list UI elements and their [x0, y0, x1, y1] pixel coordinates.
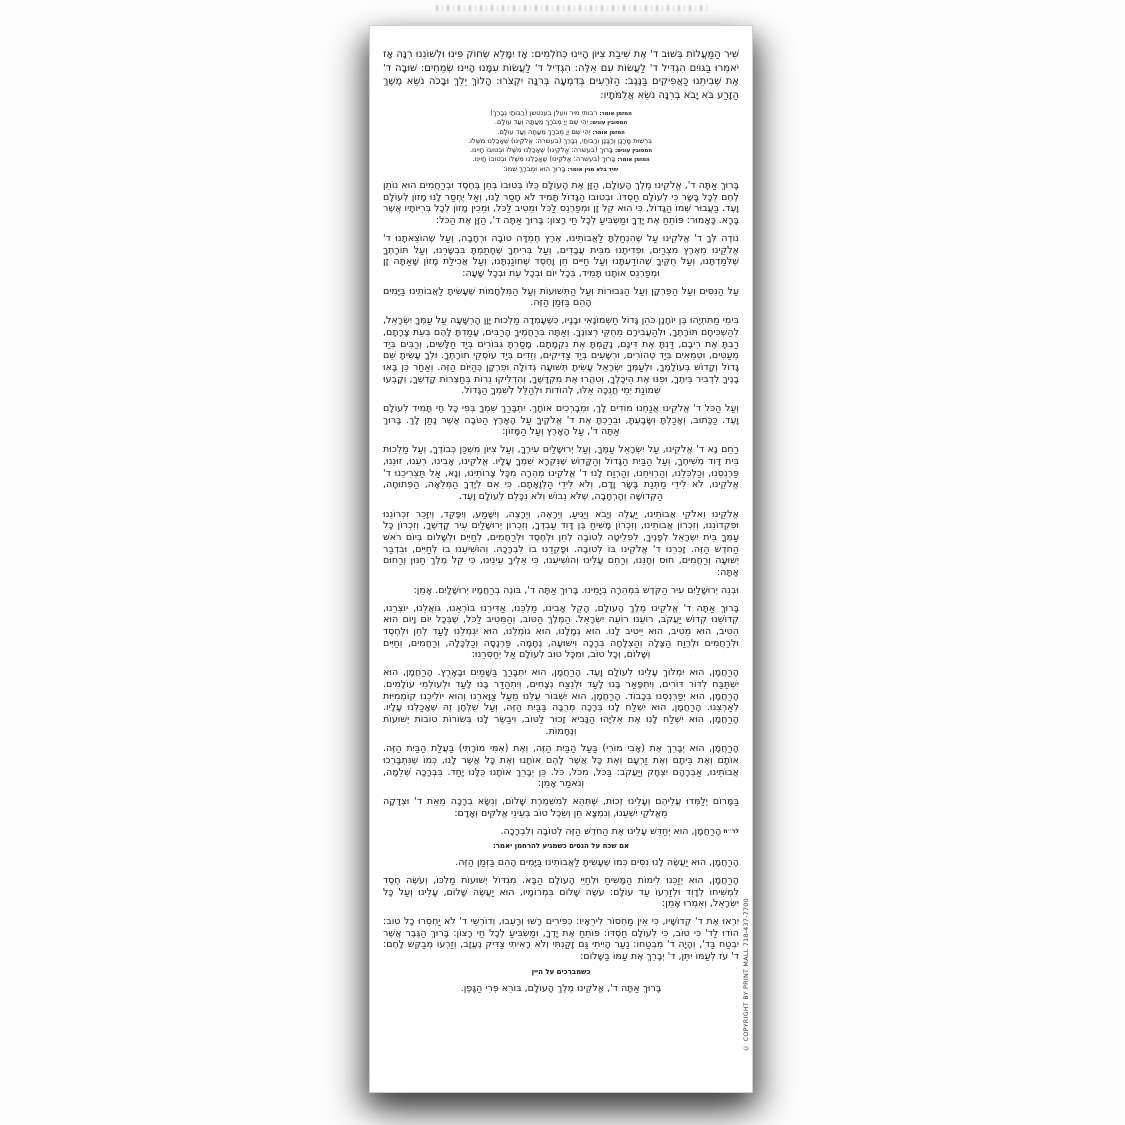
paragraph-yiru-es-hashem: יִרְאוּ אֶת ד' קְדוֹשָׁיו, כִּי אֵין מַח…: [383, 916, 739, 963]
zimun-line-text: בִּרְשׁוּת מָרָנָן וְרַבָּנָן וְרַבּוֹתַ…: [468, 137, 652, 145]
zimun-line-leader-baruch: המזמן אומר:בָּרוּךְ (בעשרה: אֱלֹקֵינוּ) …: [383, 155, 739, 164]
paragraph-shir-hamaalot: שִׁיר הַמַּעֲלוֹת בְּשׁוּב ד' אֶת שִׁיבַ…: [383, 48, 739, 102]
paragraph-harachaman-host-blessing: הָרַחֲמָן, הוּא יְבָרֵךְ אֶת (אָבִי מוֹר…: [383, 743, 739, 790]
paragraph-harachaman-nissim: הָרַחֲמָן, הוּא יַעֲשֶׂה לָנוּ נִסִּים כ…: [383, 857, 739, 869]
zimun-line-text: יְהִי שֵׁם יְיָ מְבֹרָךְ מֵעַתָּה וְעַד …: [495, 118, 588, 126]
zimun-line-leader-repeat: המזמן אומר:יְהִי שֵׁם יְיָ מְבֹרָךְ מֵעַ…: [383, 128, 739, 137]
paragraph-al-hanissim: עַל הַנִּסִּים וְעַל הַפֻּרְקָן וְעַל הַ…: [383, 286, 739, 309]
copyright-sidebar-text: © COPYRIGHT BY PRINT MALL 718-437-7700: [742, 898, 750, 1052]
paragraph-nodeh: נוֹדֶה לְּךָ ד' אֱלֹקֵינוּ עַל שֶׁהִנְחַ…: [383, 233, 739, 280]
instruction-al-hanissim-forgot: אם שכח על הנסים כשמגיע להרחמן יאמר:: [383, 842, 739, 851]
zimun-line-birshus: בִּרְשׁוּת מָרָנָן וְרַבָּנָן וְרַבּוֹתַ…: [383, 137, 739, 146]
line-harachaman-rosh-chodesh: לר״חהָרַחֲמָן, הוּא יְחַדֵּשׁ עָלֵינוּ א…: [383, 826, 739, 838]
paragraph-harachaman-yezakeinu: הָרַחֲמָן, הוּא יְזַכֵּנוּ לִימוֹת הַמָּ…: [383, 875, 739, 910]
zimun-line-individual: יחיד בלא מנין אומר:בָּרוּךְ הוּא וּמְבֹר…: [383, 165, 739, 174]
zimun-line-text: יְהִי שֵׁם יְיָ מְבֹרָךְ מֵעַתָּה וְעַד …: [497, 128, 590, 136]
page-background: { "colors": { "ink": "#161616", "paper":…: [0, 0, 1125, 1125]
cropped-text-remnant: [436, 5, 708, 11]
paragraph-veal-hakol: וְעַל הַכֹּל ד' אֱלֹקֵינוּ אֲנַחְנוּ מוֹ…: [383, 403, 739, 438]
zimun-role-label: המזמן אומר:: [592, 130, 624, 136]
zimun-line-text: בָּרוּךְ (בעשרה: אֱלֹקֵינוּ) שֶׁאָכַלְנו…: [470, 146, 613, 154]
rosh-chodesh-text: הָרַחֲמָן, הוּא יְחַדֵּשׁ עָלֵינוּ אֶת ה…: [500, 826, 721, 837]
zimun-role-label: המסובין עונים:: [615, 148, 652, 154]
zimun-role-label: יחיד בלא מנין אומר:: [568, 167, 619, 173]
paragraph-bimei-matisyahu: בִּימֵי מַתִּתְיָהוּ בֶּן יוֹחָנָן כֹּהֵ…: [383, 315, 739, 397]
paragraph-hazan: בָּרוּךְ אַתָּה ד', אֱלֹקֵינוּ מֶלֶךְ הָ…: [383, 180, 739, 227]
zimun-line-text: בָּרוּךְ (בעשרה: אֱלֹקֵינוּ) שֶׁאָכַלְנו…: [472, 155, 615, 163]
zimun-role-label: המזמן אומר:: [617, 157, 649, 163]
zimun-block: המזמן אומר:רבותי מיר וועלן בענטשן (רַבּו…: [383, 109, 739, 174]
zimun-line-text: בָּרוּךְ הוּא וּמְבֹרָךְ שְׁמוֹ:: [503, 165, 565, 173]
paragraph-hatov-vehameitiv: בָּרוּךְ אַתָּה ד' אֱלֹקֵינוּ מֶלֶךְ הָע…: [383, 603, 739, 662]
paragraph-bamarom: בַּמָּרוֹם יְלַמְּדוּ עֲלֵיהֶם וְעָלֵינו…: [383, 796, 739, 819]
paragraph-borei-pri-hagafen: בָּרוּךְ אַתָּה ד', אֱלֹקֵינוּ מֶלֶךְ הָ…: [383, 983, 739, 995]
bentcher-card: שִׁיר הַמַּעֲלוֹת בְּשׁוּב ד' אֶת שִׁיבַ…: [369, 25, 753, 1093]
zimun-role-label: המסובין עונים:: [590, 120, 627, 126]
rosh-chodesh-prefix-label: לר״ח: [723, 828, 739, 835]
zimun-role-label: המזמן אומר:: [599, 111, 631, 117]
paragraph-harachaman-series: הָרַחֲמָן, הוּא יִמְלוֹךְ עָלֵינוּ לְעוֹ…: [383, 667, 739, 737]
zimun-line-invitation: המזמן אומר:רבותי מיר וועלן בענטשן (רַבּו…: [383, 109, 739, 118]
instruction-wine-blessing: כשמברכים על היין: [383, 968, 739, 977]
zimun-line-response: המסובין עונים:יְהִי שֵׁם יְיָ מְבֹרָךְ מ…: [383, 118, 739, 127]
zimun-line-text: רבותי מיר וועלן בענטשן (רַבּוֹתַי נְבָרֵ…: [490, 109, 597, 117]
paragraph-uvneh-yerushalayim: וּבְנֵה יְרוּשָׁלַיִם עִיר הַקֹּדֶשׁ בִּ…: [383, 585, 739, 597]
zimun-line-response-baruch: המסובין עונים:בָּרוּךְ (בעשרה: אֱלֹקֵינו…: [383, 146, 739, 155]
paragraph-yaaleh-veyavo: אֱלֹקֵינוּ וֵאלֹקֵי אֲבוֹתֵינוּ, יַעֲלֶה…: [383, 509, 739, 579]
paragraph-rachem: רַחֵם נָא ד' אֱלֹקֵינוּ, עַל יִשְׂרָאֵל …: [383, 444, 739, 503]
